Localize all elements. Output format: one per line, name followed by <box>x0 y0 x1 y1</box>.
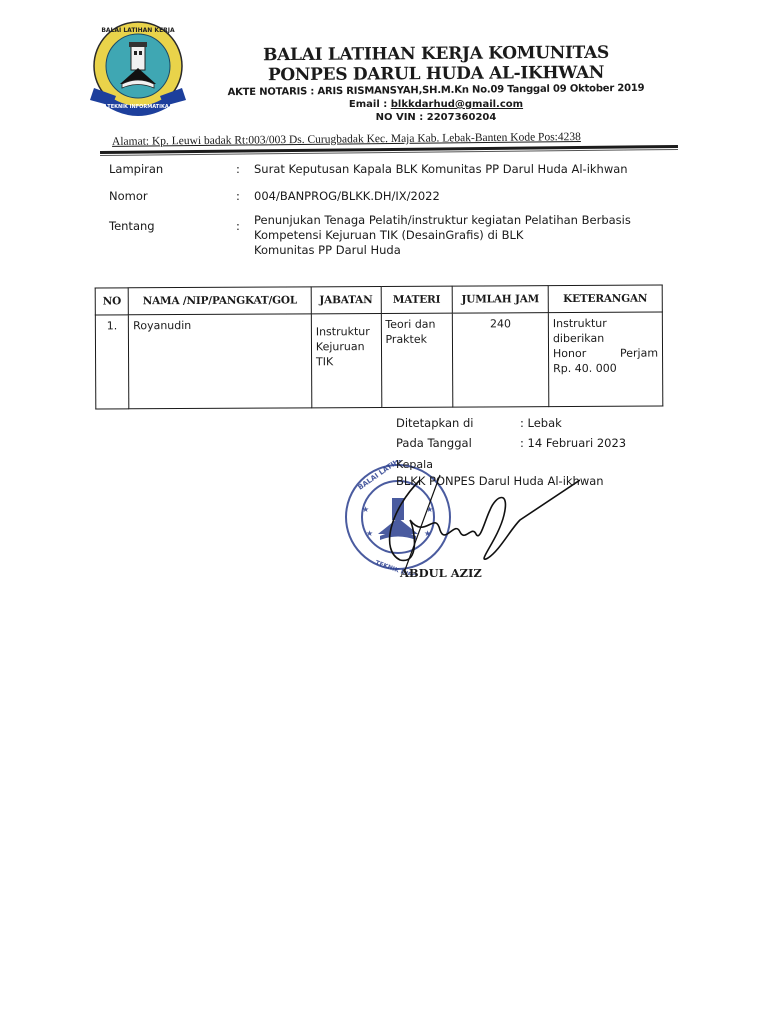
tentang-line: Kompetensi Kejuruan TIK (DesainGrafis) d… <box>254 228 684 243</box>
tentang-colon: : <box>236 219 240 233</box>
materi-line: Teori dan <box>385 317 448 332</box>
svg-text:★: ★ <box>366 529 373 538</box>
lampiran-value: Surat Keputusan Kapala BLK Komunitas PP … <box>254 162 684 177</box>
email-line: Email : blkkdarhud@gmail.com <box>196 98 676 111</box>
keterangan-line: Instruktur <box>553 316 658 332</box>
honor-word: Honor <box>553 346 586 361</box>
tentang-line: Penunjukan Tenaga Pelatih/instruktur keg… <box>254 213 684 228</box>
tentang-line: Komunitas PP Darul Huda <box>254 243 684 258</box>
cell-keterangan: Instruktur diberikan Honor Perjam Rp. 40… <box>548 312 663 407</box>
jabatan-line: Instruktur <box>316 324 377 339</box>
ditetapkan-value: : Lebak <box>520 416 562 430</box>
blk-logo-icon: BALAI LATIHAN KERJA TEKNIK INFORMATIKA <box>86 18 190 122</box>
header-materi: MATERI <box>381 286 453 313</box>
table-header-row: NO NAMA /NIP/PANGKAT/GOL JABATAN MATERI … <box>95 285 662 315</box>
tentang-value: Penunjukan Tenaga Pelatih/instruktur keg… <box>254 213 684 258</box>
keterangan-amount: Rp. 40. 000 <box>553 361 658 377</box>
header-nama: NAMA /NIP/PANGKAT/GOL <box>128 287 311 315</box>
nomor-colon: : <box>236 189 240 203</box>
jabatan-line: TIK <box>316 354 377 369</box>
handwritten-signature-icon <box>380 470 580 570</box>
tanggal-value: : 14 Februari 2023 <box>520 436 626 450</box>
keterangan-honor: Honor Perjam <box>553 346 658 362</box>
lampiran-colon: : <box>236 162 240 176</box>
instructor-table: NO NAMA /NIP/PANGKAT/GOL JABATAN MATERI … <box>95 285 664 410</box>
cell-nama: Royanudin <box>129 314 312 409</box>
materi-line: Praktek <box>385 332 448 347</box>
perjam-word: Perjam <box>620 346 658 361</box>
header-no: NO <box>95 288 128 315</box>
email-link[interactable]: blkkdarhud@gmail.com <box>391 99 523 110</box>
header-keterangan: KETERANGAN <box>548 285 662 313</box>
document-page: BALAI LATIHAN KERJA TEKNIK INFORMATIKA B… <box>0 0 768 1024</box>
tentang-label: Tentang <box>109 219 209 233</box>
header-jabatan: JABATAN <box>311 286 381 313</box>
letterhead: BALAI LATIHAN KERJA KOMUNITAS PONPES DAR… <box>196 44 676 124</box>
nomor-label: Nomor <box>109 189 209 203</box>
nomor-value: 004/BANPROG/BLKK.DH/IX/2022 <box>254 189 684 204</box>
svg-text:★: ★ <box>362 505 369 514</box>
jabatan-line: Kejuruan <box>316 339 377 354</box>
lampiran-label: Lampiran <box>109 162 209 176</box>
svg-text:TEKNIK INFORMATIKA: TEKNIK INFORMATIKA <box>107 104 169 110</box>
cell-jabatan: Instruktur Kejuruan TIK <box>311 313 381 407</box>
cell-jumlah-jam: 240 <box>452 313 548 408</box>
tanggal-label: Pada Tanggal <box>396 436 472 450</box>
email-label: Email : <box>349 99 391 110</box>
table-row: 1. Royanudin Instruktur Kejuruan TIK Teo… <box>95 312 662 409</box>
svg-text:BALAI LATIHAN KERJA: BALAI LATIHAN KERJA <box>101 27 175 34</box>
cell-materi: Teori dan Praktek <box>381 313 453 407</box>
header-jumlah-jam: JUMLAH JAM <box>452 286 548 314</box>
cell-no: 1. <box>95 315 129 409</box>
keterangan-line: diberikan <box>553 331 658 347</box>
ditetapkan-label: Ditetapkan di <box>396 416 473 430</box>
vin-number: NO VIN : 2207360204 <box>196 111 676 124</box>
